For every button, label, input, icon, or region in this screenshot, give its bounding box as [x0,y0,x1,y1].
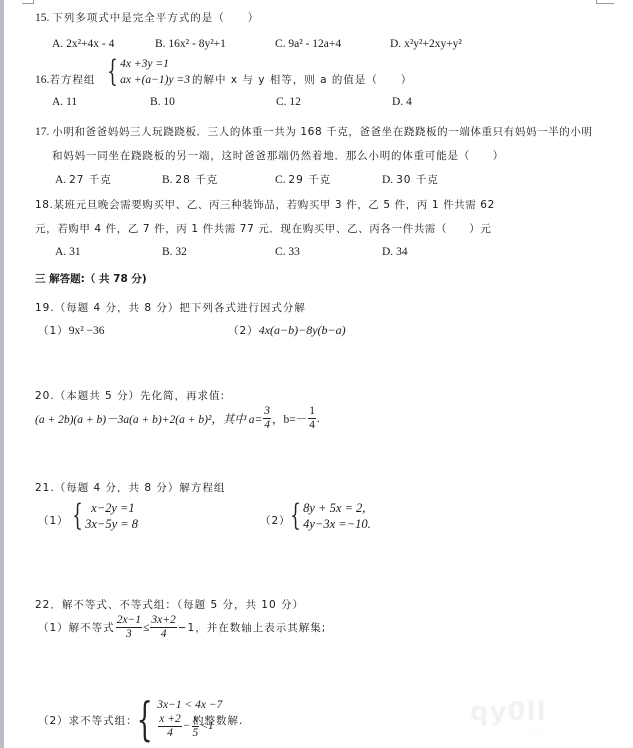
fraction-left: 2x−13 [116,614,142,641]
fraction-a: 34 [263,405,271,432]
q20-expression: (a + 2b)(a + b)－3a(a + b)+2(a + b)²，其中 a… [35,405,320,432]
q19-part-2: （2）4x(a−b)−8y(b−a) [228,323,346,338]
q15-option-b: B. 16x² - 8y²+1 [155,38,226,50]
question-16-stem-prefix: 16.若方程组 [35,72,95,87]
q16-option-d: D. 4 [392,96,412,108]
q16-option-b: B. 10 [150,96,175,108]
q17-option-b: B. 28 千克 [162,172,218,187]
q15-option-c: C. 9a² - 12a+4 [275,38,341,50]
question-17-line-1: 17. 小明和爸爸妈妈三人玩跷跷板．三人的体重一共为 168 千克，爸爸坐在跷跷… [35,124,593,139]
q22-part-1: （1）解不等式 2x−13 ≤ 3x+24 −1，并在数轴上表示其解集; [38,614,326,641]
question-21-title: 21.（每题 4 分，共 8 分）解方程组 [35,480,225,495]
question-18-line-2: 元，若购甲 4 件，乙 7 件，丙 1 件共需 77 元．现在购买甲、乙、丙各一… [35,221,491,236]
question-18-line-1: 18.某班元旦晚会需要购买甲、乙、丙三种装饰品，若购买甲 3 件，乙 5 件，丙… [35,197,495,212]
q22-part-2-label: （2）求不等式组： [38,713,138,728]
q18-option-d: D. 34 [382,246,408,258]
question-20-title: 20.（本题共 5 分）先化简，再求值: [35,388,225,403]
question-15-stem: 15. 下列多项式中是完全平方式的是（ ） [35,10,259,25]
q21-part-1-label: （1） [38,513,69,528]
q21-part-1-system: { x−2y =1 3x−5y = 8 [68,500,138,532]
q17-option-d: D. 30 千克 [382,172,439,187]
question-22-title: 22．解不等式、不等式组：（每题 5 分，共 10 分） [35,597,304,612]
watermark-logo: qy0ll [470,697,546,727]
brace-icon: { [137,696,153,742]
q21-part-2-system: { 8y + 5x = 2, 4y−3x =−10. [286,500,371,532]
question-16-stem-suffix: 的解中 x 与 y 相等，则 a 的值是（ ） [192,72,412,87]
q18-option-a: A. 31 [55,246,81,258]
fraction-right: 3x+24 [150,614,176,641]
watermark-subtext: ········· [520,726,543,735]
q16-option-c: C. 12 [276,96,301,108]
question-19-title: 19.（每题 4 分，共 8 分）把下列各式进行因式分解 [35,300,306,315]
q17-option-a: A. 27 千克 [55,172,112,187]
q22-part-2-suffix: 的整数解. [193,713,243,728]
q17-option-c: C. 29 千克 [275,172,331,187]
fraction-x-plus-2-over-4: x +24 [158,713,182,740]
brace-icon: { [290,501,301,531]
q15-option-a: A. 2x²+4x - 4 [52,38,114,50]
q19-part-1: （1）9x² −36 [38,323,105,338]
q18-option-c: C. 33 [275,246,300,258]
fraction-b: 14 [308,405,316,432]
question-17-line-2: 和妈妈一同坐在跷跷板的另一端，这时爸爸那端仍然着地．那么小明的体重可能是（ ） [52,148,504,163]
q18-option-b: B. 32 [162,246,187,258]
page-left-rail [0,0,4,748]
section-3-heading: 三 解答题:（ 共 78 分) [35,271,147,286]
crop-mark-top-left [22,0,34,4]
crop-mark-top-right [596,0,614,4]
q15-option-d: D. x²y²+2xy+y² [390,38,462,50]
brace-icon: { [107,57,118,87]
brace-icon: { [72,501,83,531]
q16-equation-system: { 4x +3y =1 ax +(a−1)y =3 [103,56,190,88]
q16-option-a: A. 11 [52,96,77,108]
